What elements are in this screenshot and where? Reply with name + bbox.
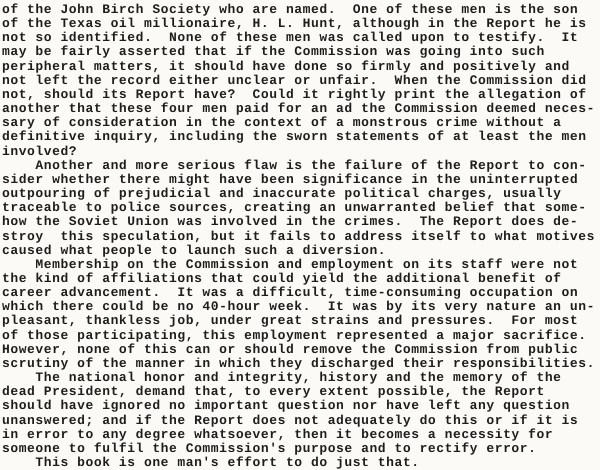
- text-line: However, none of this can or should remo…: [2, 343, 600, 357]
- text-line: not left the record either unclear or un…: [2, 74, 600, 88]
- text-line: someone to fulfil the Commission's purpo…: [2, 442, 600, 456]
- typewritten-text-block: of the John Birch Society who are named.…: [2, 3, 600, 470]
- text-line: how the Soviet Union was involved in the…: [2, 215, 600, 229]
- text-line: stroy this speculation, but it fails to …: [2, 230, 600, 244]
- text-line: traceable to police sources, creating an…: [2, 201, 600, 215]
- text-line: outpouring of prejudicial and inaccurate…: [2, 187, 600, 201]
- text-line: scrutiny of the manner in which they dis…: [2, 357, 600, 371]
- text-line: The national honor and integrity, histor…: [2, 371, 600, 385]
- text-line: the kind of affiliations that could yiel…: [2, 272, 600, 286]
- text-line: another that these four men paid for an …: [2, 102, 600, 116]
- text-line: definitive inquiry, including the sworn …: [2, 130, 600, 144]
- text-line: of those participating, this employment …: [2, 329, 600, 343]
- text-line: not so identified. None of these men was…: [2, 31, 600, 45]
- text-line: of the John Birch Society who are named.…: [2, 3, 600, 17]
- text-line: of the Texas oil millionaire, H. L. Hunt…: [2, 17, 600, 31]
- text-line: Membership on the Commission and employm…: [2, 258, 600, 272]
- text-line: Another and more serious flaw is the fai…: [2, 159, 600, 173]
- text-line: should have ignored no important questio…: [2, 399, 600, 413]
- text-line: pleasant, thankless job, under great str…: [2, 314, 600, 328]
- text-line: may be fairly asserted that if the Commi…: [2, 45, 600, 59]
- text-line: not, should its Report have? Could it ri…: [2, 88, 600, 102]
- text-line: sary of consideration in the context of …: [2, 116, 600, 130]
- text-line: caused what people to launch such a dive…: [2, 244, 600, 258]
- text-line: in error to any degree whatsoever, then …: [2, 428, 600, 442]
- text-line: which there could be no 40-hour week. It…: [2, 300, 600, 314]
- document-page: of the John Birch Society who are named.…: [0, 0, 600, 470]
- text-line: dead President, demand that, to every ex…: [2, 385, 600, 399]
- text-line: unanswered; and if the Report does not a…: [2, 414, 600, 428]
- text-line: involved?: [2, 145, 600, 159]
- text-line: career advancement. It was a difficult, …: [2, 286, 600, 300]
- text-line: This book is one man's effort to do just…: [2, 456, 600, 470]
- text-line: sider whether there might have been sign…: [2, 173, 600, 187]
- text-line: peripheral matters, it should have done …: [2, 60, 600, 74]
